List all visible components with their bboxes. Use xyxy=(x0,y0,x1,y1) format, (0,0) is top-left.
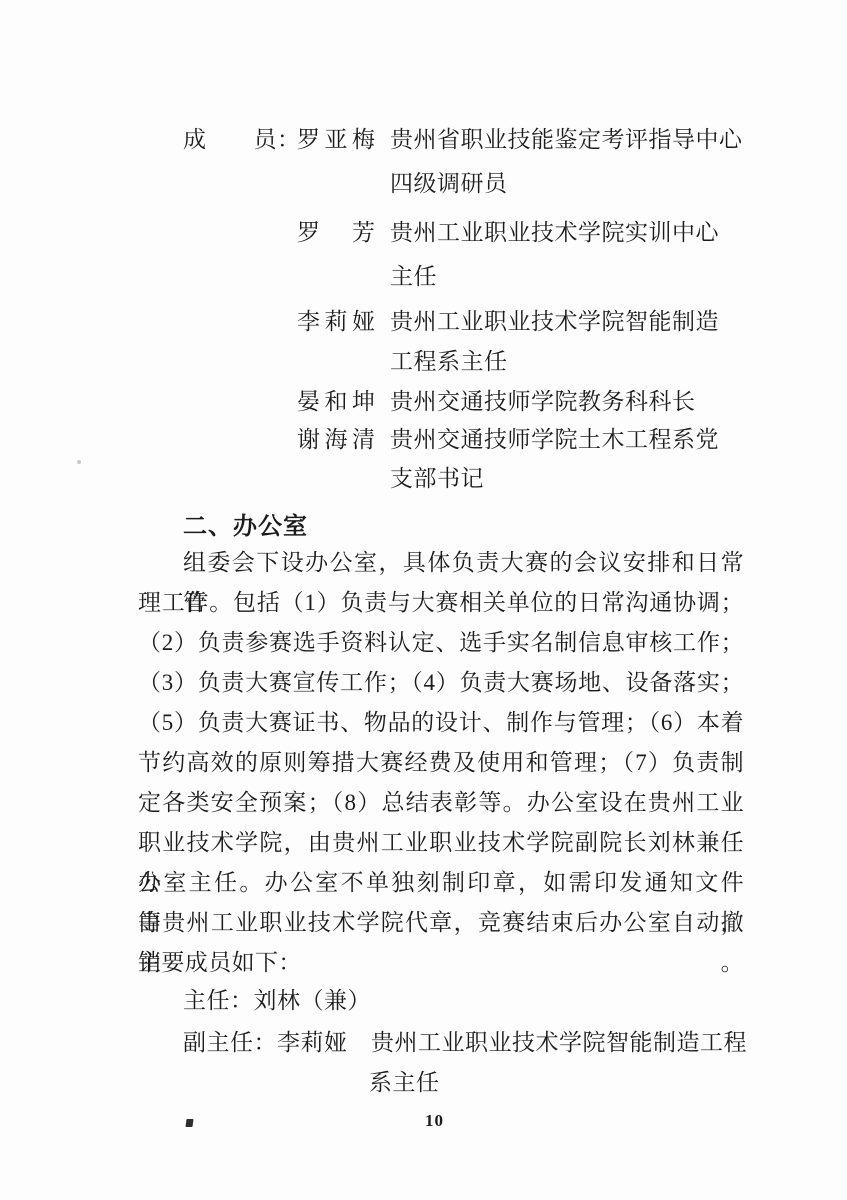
scan-artifact-speck xyxy=(77,460,81,464)
member-name: 罗 芳 xyxy=(297,219,390,247)
member-name: 罗亚梅 xyxy=(297,126,390,154)
paragraph-line: 定各类安全预案；（8）总结表彰等。办公室设在贵州工业 xyxy=(138,783,744,823)
member-affiliation-cont: 四级调研员 xyxy=(390,170,508,198)
office-paragraph: 组委会下设办公室，具体负责大赛的会议安排和日常管 理工作。包括（1）负责与大赛相… xyxy=(138,543,744,983)
paragraph-line: 由贵州工业职业技术学院代章，竞赛结束后办公室自动撤销。 xyxy=(138,903,744,943)
member-affiliation: 贵州工业职业技术学院智能制造 xyxy=(390,309,719,334)
member-affiliation-cont: 工程系主任 xyxy=(390,348,508,376)
member-row: 晏和坤贵州交通技师学院教务科科长 xyxy=(297,388,696,416)
office-deputy-line-cont: 系主任 xyxy=(369,1069,440,1097)
member-affiliation: 贵州交通技师学院土木工程系党 xyxy=(390,427,719,452)
member-name: 谢海清 xyxy=(297,426,390,454)
member-row: 罗亚梅贵州省职业技能鉴定考评指导中心 xyxy=(297,126,743,154)
member-affiliation-cont: 主任 xyxy=(390,263,437,291)
paragraph-line: 理工作。包括（1）负责与大赛相关单位的日常沟通协调； xyxy=(138,583,744,623)
member-affiliation: 贵州工业职业技术学院实训中心 xyxy=(390,220,719,245)
member-affiliation: 贵州交通技师学院教务科科长 xyxy=(390,389,696,414)
paragraph-line: 公室主任。办公室不单独刻制印章，如需印发通知文件等， xyxy=(138,863,744,903)
member-name: 晏和坤 xyxy=(297,388,390,416)
member-row: 谢海清贵州交通技师学院土木工程系党 xyxy=(297,426,719,454)
paragraph-line: 职业技术学院，由贵州工业职业技术学院副院长刘林兼任办 xyxy=(138,823,744,863)
paragraph-line: （3）负责大赛宣传工作；（4）负责大赛场地、设备落实； xyxy=(138,663,744,703)
paragraph-line: 节约高效的原则筹措大赛经费及使用和管理；（7）负责制 xyxy=(138,743,744,783)
document-page: { "colors": { "ink": "#1c1c1c", "paper":… xyxy=(0,0,847,1200)
member-name: 李莉娅 xyxy=(297,308,390,336)
member-role-label: 成 员： xyxy=(183,126,301,154)
member-affiliation-cont: 支部书记 xyxy=(390,465,484,493)
scan-artifact-mark xyxy=(185,1119,193,1127)
member-row: 罗 芳贵州工业职业技术学院实训中心 xyxy=(297,219,719,247)
office-deputy-line: 副主任：李莉娅 贵州工业职业技术学院智能制造工程 xyxy=(183,1029,747,1057)
paragraph-line: （2）负责参赛选手资料认定、选手实名制信息审核工作； xyxy=(138,623,744,663)
office-director-line: 主任：刘林（兼） xyxy=(183,987,371,1015)
paragraph-line: （5）负责大赛证书、物品的设计、制作与管理；（6）本着 xyxy=(138,703,744,743)
page-number: 10 xyxy=(425,1111,444,1131)
paragraph-line: 组委会下设办公室，具体负责大赛的会议安排和日常管 xyxy=(138,543,744,583)
member-row: 李莉娅贵州工业职业技术学院智能制造 xyxy=(297,308,719,336)
section-heading: 二、办公室 xyxy=(183,506,308,541)
member-affiliation: 贵州省职业技能鉴定考评指导中心 xyxy=(390,127,743,152)
